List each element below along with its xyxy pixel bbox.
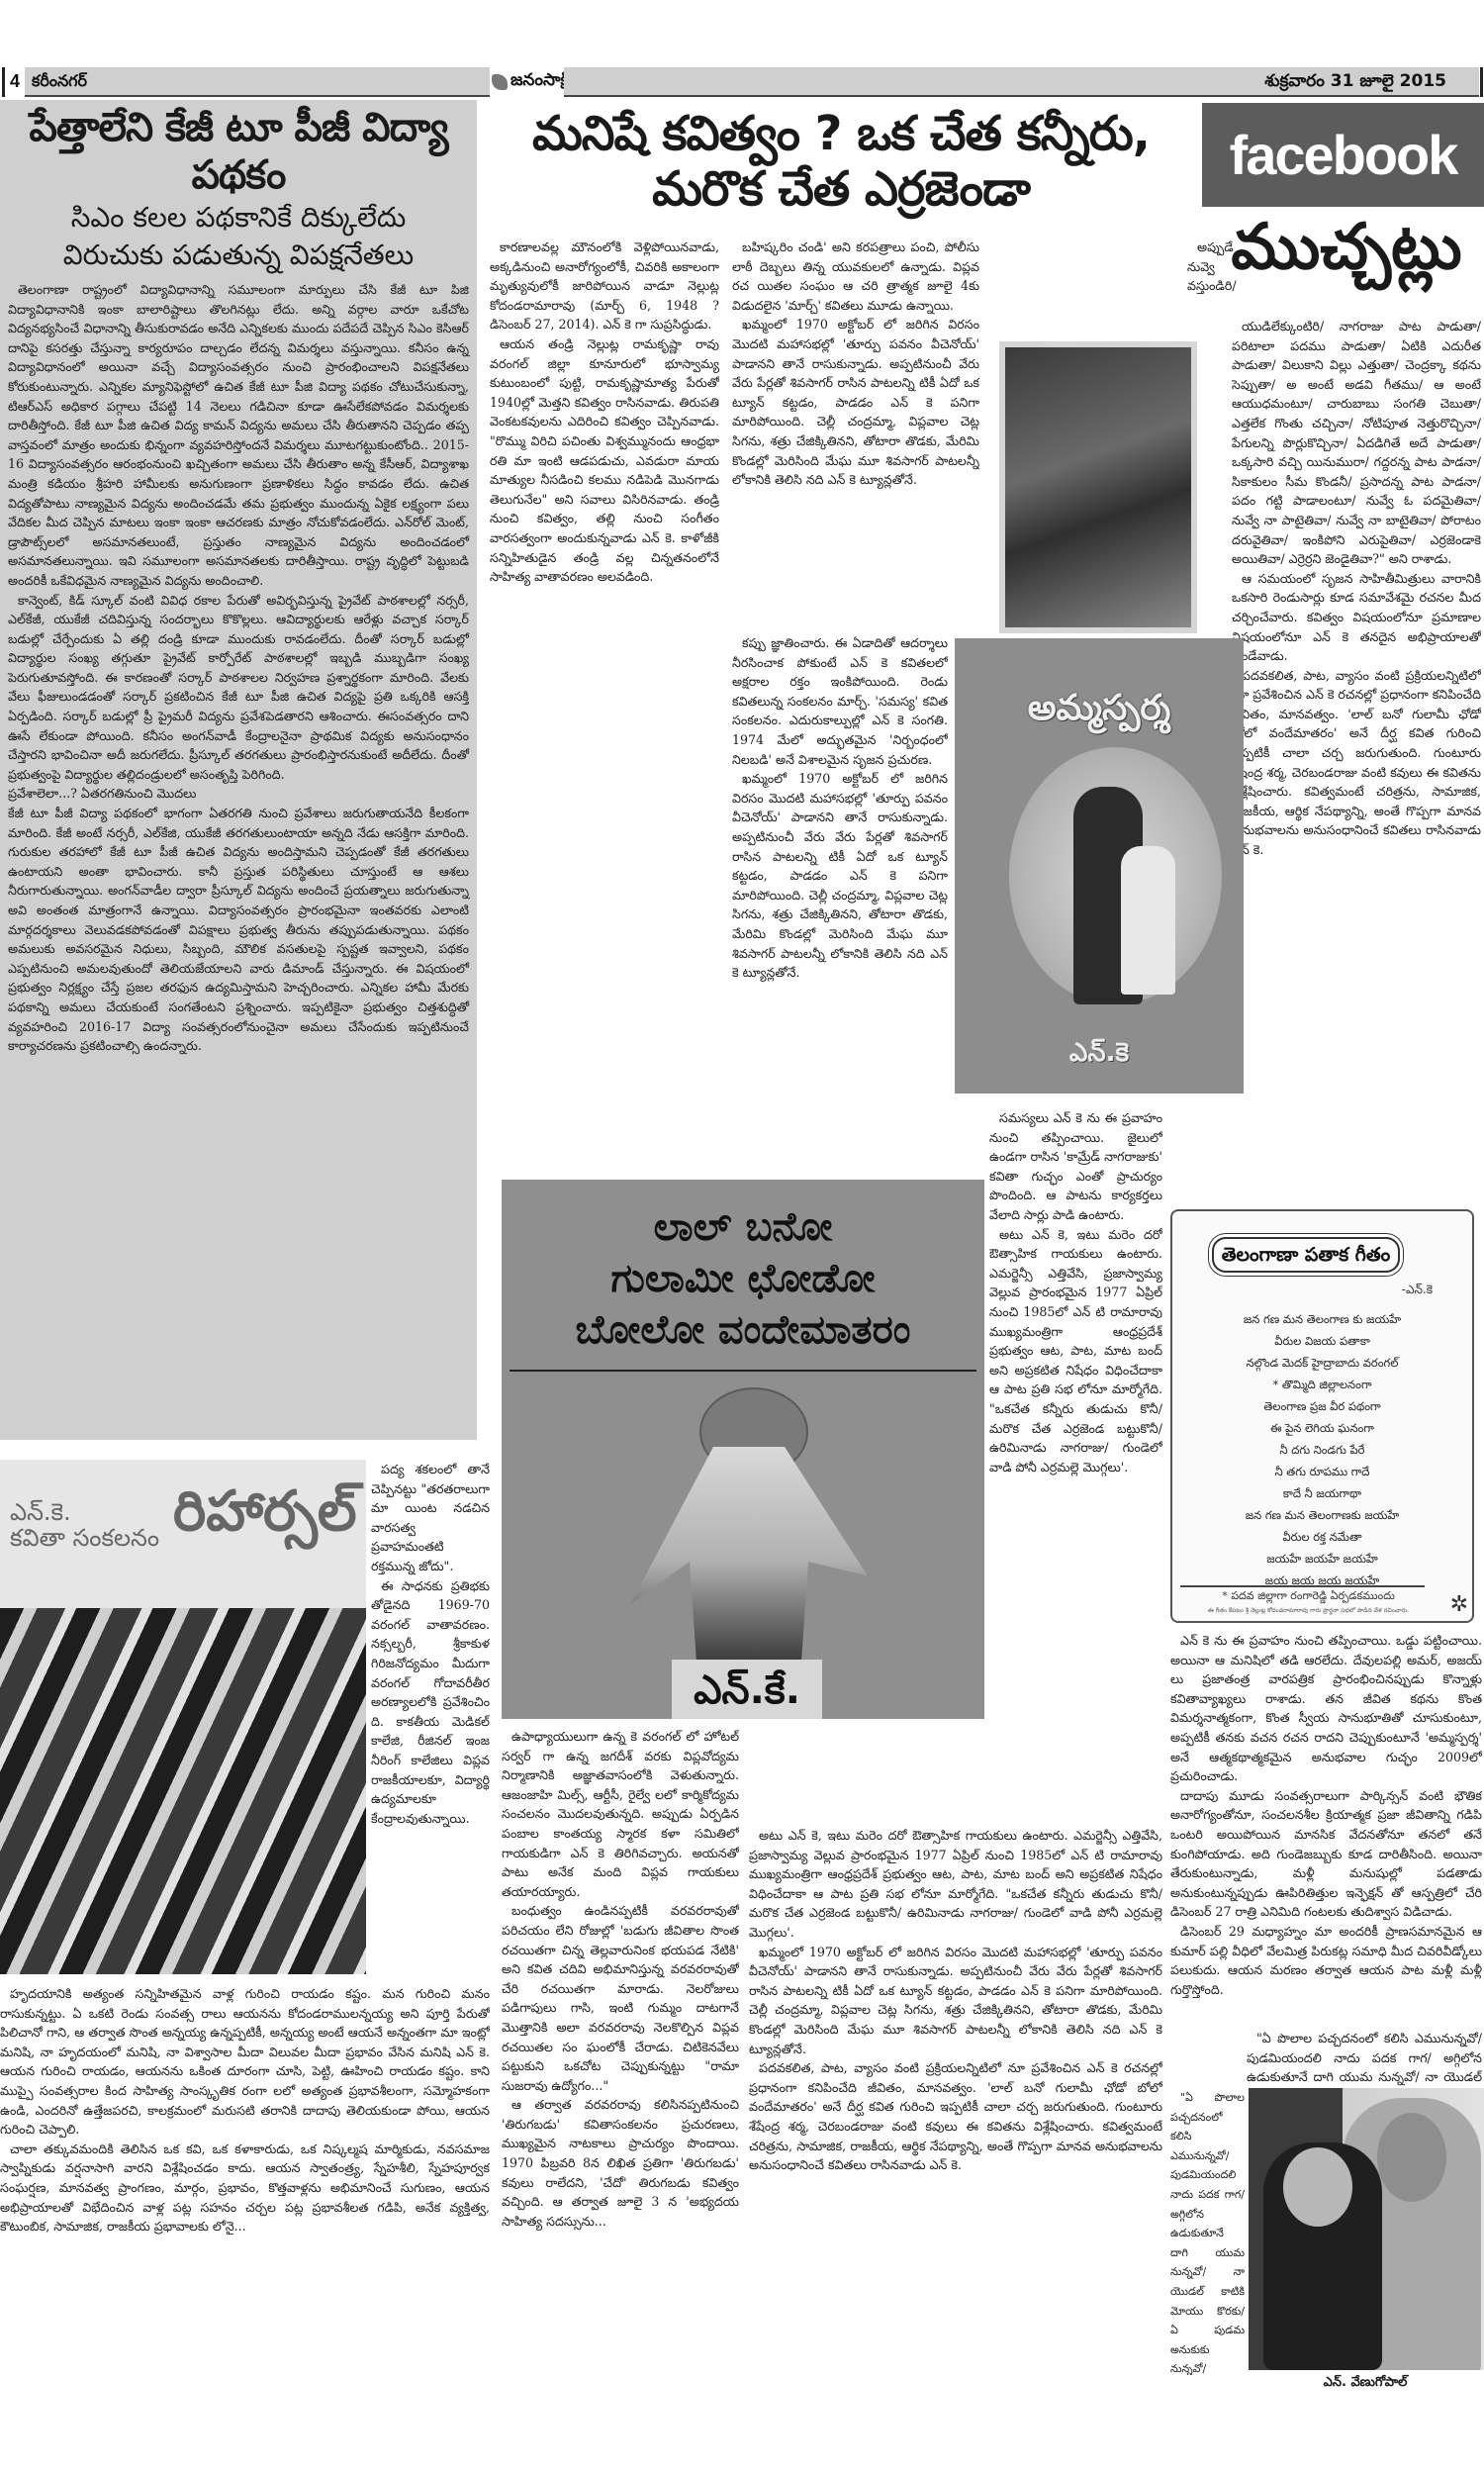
title-line: ಗುಲಾಮೀ ಛೋಡೋ — [502, 1253, 984, 1304]
article-bottom-center-left: ఉపాధ్యాయులుగా ఉన్న కె వరంగల్ లో హోటల్ సర… — [502, 1727, 739, 2469]
paragraph: అటు ఎన్ కె, ఇటు మరెం దరో ఔత్సాహిక గాయకుల… — [749, 1826, 1162, 1943]
lyric-line: నీ తగు రూపము గాదే — [1172, 1461, 1472, 1482]
masthead-right-rule — [1480, 67, 1483, 97]
paragraph: కేజీ టూ పీజీ విద్యా పథకంలో భాగంగా ఏతరగతి… — [8, 804, 469, 1056]
lyric-line: తెలంగాణ ప్రజ వీర పథంగా — [1172, 1395, 1472, 1417]
article-bottom-left: హృదయానికి అత్యంత సన్నిహితమైన వాళ్ల గురిం… — [0, 1984, 490, 2469]
book-author: ఎన్.కె — [955, 1038, 1244, 1074]
subsection-heading: ప్రవేశాలెలా...? ఏతరగతినుంచి మొదలు — [8, 784, 469, 804]
masthead-strip-left — [25, 67, 490, 97]
paragraph: ఆయన తండ్రి నెల్లుట్ల రామకృష్ణా రావు వరంగ… — [490, 334, 719, 587]
paragraph: చాలా తక్కువమందికి తెలిసిన ఒక కవి, ఒక కళా… — [0, 2140, 490, 2236]
facebook-logo-text: facebook — [1230, 123, 1457, 187]
paragraph: కాన్వెంట్, కిడ్ స్కూల్ వంటి వివిధ రకాల ప… — [8, 591, 469, 785]
lal-bano-book-cover: ಲಾಲ್ ಬನೋ ಗುಲಾಮೀ ಛೋಡೋ ಬೋಲೋ ವಂದೇಮಾತರಂ ఎన్.… — [502, 1180, 984, 1719]
paragraph: ఖమ్మంలో 1970 అక్టోబర్ లో జరిగిన విరసం మొ… — [732, 315, 979, 489]
page-number: 4 — [10, 71, 20, 92]
article-column-2-top: బహిష్కరిం చండి' అని కరపత్రాలు పంచి, పోలీ… — [732, 238, 979, 633]
title-line: ಲಾಲ್ ಬನೋ — [502, 1201, 984, 1253]
paragraph: ఖమ్మంలో 1970 అక్టోబర్ లో జరిగిన విరసం మొ… — [732, 769, 948, 983]
paragraph: అప్పుడే నువ్వె వస్తుండిరి/ అయ్యో — [1187, 238, 1256, 297]
telangana-flag-song-box: తెలంగాణా పతాక గీతం -ఎన్.కె జన గణ మన తెలం… — [1170, 1209, 1474, 1623]
story-subheadline: విరుచుకు పడుతున్న విపక్షనేతలు — [8, 237, 469, 274]
paragraph: ఆ సమయంలో సృజన సాహితీమిత్రులు వారానికి ఒక… — [1232, 569, 1481, 666]
book-title: అమ్మస్పర్శ — [955, 688, 1244, 737]
lyric-line: జన గణ మన తెలంగాణ కు జయహే — [1172, 1308, 1472, 1330]
paragraph: పదవకలిత, పాట, వ్యాసం వంటి ప్రక్రియలన్నిట… — [749, 2058, 1162, 2175]
story-subheadline: సిఎం కలల పథకానికే దిక్కులేదు — [8, 199, 469, 237]
photo-caption: ఎన్. వేణుగోపాల్ — [1266, 2375, 1464, 2393]
paragraph: ఎన్ కె ను ఈ ప్రవాహం నుంచి తప్పించాయి. ఒడ… — [1170, 1631, 1482, 1786]
book-author: ఎన్.కె. — [10, 1499, 159, 1525]
divider — [1180, 1585, 1425, 1587]
lyric-line: జయహే జయహే జయహే — [1172, 1548, 1472, 1570]
article-column-right-narrow: సమస్యలు ఎన్ కె ను ఈ ప్రవాహం నుంచి తప్పిం… — [989, 1108, 1162, 1761]
newspaper-name: జనంసాక్షి — [510, 70, 569, 94]
paragraph: పద్య శకలంలో తానే చెప్పినట్టు "తరతరాలుగా … — [371, 1460, 490, 1576]
story-body: తెలంగాణా రాష్ట్రంలో విద్యావిధానాన్ని సమూ… — [8, 280, 469, 1056]
headline-line: మనిషే కవిత్వం ? ఒక చేత కన్నీరు, — [490, 106, 1192, 161]
article-column-narrow: పద్య శకలంలో తానే చెప్పినట్టు "తరతరాలుగా … — [371, 1460, 490, 1979]
lyric-line: * తొమ్మిది జిల్లాలనంగా — [1172, 1374, 1472, 1395]
song-lyrics: జన గణ మన తెలంగాణ కు జయహే వీరుల విజయ పతాక… — [1172, 1308, 1472, 1591]
book-cover-photo-dark — [999, 341, 1197, 633]
rehearsal-book-cover: ఎన్.కె. కవితా సంకలనం రిహార్సల్ — [0, 1460, 366, 1974]
portrait-photo — [1249, 2088, 1484, 2370]
book-title: ಲಾಲ್ ಬನೋ ಗುಲಾಮೀ ಛೋಡೋ ಬೋಲೋ ವಂದೇಮಾತರಂ — [502, 1201, 984, 1356]
book-subtitle: కవితా సంకలనం — [10, 1525, 159, 1551]
book-title: రిహార్సల్ — [173, 1479, 357, 1558]
lyric-line: వీరుల రక్త నమేతా — [1172, 1526, 1472, 1548]
article-column-verse-narrow: "ఏ పొలాల పచ్చదనంలో కలిసి ఎమునున్నవో/పుడమ… — [1170, 2088, 1245, 2375]
paragraph: ఆ తర్వాత వరవరరావు కలిసినప్పటినుంచి 'తిరు… — [502, 2095, 739, 2231]
paragraph: బహిష్కరిం చండి' అని కరపత్రాలు పంచి, పోలీ… — [732, 238, 979, 315]
newspaper-logo: జనంసాక్షి — [492, 70, 569, 94]
lyric-line: జన గణ మన తెలంగాణకు జయహే — [1172, 1504, 1472, 1526]
ornament-icon: ✲ — [1450, 1592, 1468, 1617]
book-author-subtitle: ఎన్.కె. కవితా సంకలనం — [10, 1499, 159, 1551]
book-author: ఎన్.కే. — [672, 1660, 822, 1719]
paragraph: హృదయానికి అత్యంత సన్నిహితమైన వాళ్ల గురిం… — [0, 1984, 490, 2140]
paragraph: ఖమ్మంలో 1970 అక్టోబర్ లో జరిగిన విరసం మొ… — [749, 1943, 1162, 2059]
song-title: తెలంగాణా పతాక గీతం — [1212, 1237, 1400, 1273]
lyric-line: నల్గొండ మెదక్ హైద్రాబాదు వరంగల్ — [1172, 1352, 1472, 1374]
paragraph: డిసెంబర్ 29 మధ్యాహ్నం మా అందరికీ ప్రాణసమ… — [1170, 1922, 1482, 1999]
amma-sparsha-book-cover: అమ్మస్పర్శ ఎన్.కె — [955, 638, 1244, 1094]
paragraph: అటు ఎన్ కె, ఇటు మరెం దరో ఔత్సాహిక గాయకుల… — [989, 1225, 1162, 1477]
lyric-line: నీ దగు నిండగు పేరే — [1172, 1439, 1472, 1461]
divider — [510, 1370, 976, 1372]
paragraph: ఈ సాధనకు ప్రతిభకు తోడైనది 1969-70 వరంగల్… — [371, 1576, 490, 1829]
paragraph: పదవకలిత, పాట, వ్యాసం వంటి ప్రక్రియలన్నిట… — [1232, 666, 1481, 860]
paragraph: ఉపాధ్యాయులుగా ఉన్న కె వరంగల్ లో హోటల్ సర… — [502, 1727, 739, 1901]
article-bottom-center-right: అటు ఎన్ కె, ఇటు మరెం దరో ఔత్సాహిక గాయకుల… — [749, 1826, 1162, 2469]
paragraph: కప్పు జ్ఞాతించారు. ఈ ఏడాదితో ఆదర్శాలు నీ… — [732, 633, 948, 769]
song-footnote: ఈ గీతం కేపటం శ్రీ నెల్లుట్ల కోదండరామారావ… — [1172, 1607, 1444, 1615]
song-author: -ఎన్.కె — [1402, 1283, 1433, 1299]
article-column-2-mid: కప్పు జ్ఞాతించారు. ఈ ఏడాదితో ఆదర్శాలు నీ… — [732, 633, 948, 1168]
masthead: 4 కరీంనగర్ జనంసాక్షి శుక్రవారం 31 జూలై 2… — [0, 67, 1484, 97]
song-note: * పదవ జిల్లాగా రంగారెడ్డి ఏర్పడకముందు — [1172, 1589, 1444, 1605]
facebook-banner: facebook — [1202, 103, 1484, 207]
paragraph: తెలంగాణా రాష్ట్రంలో విద్యావిధానాన్ని సమూ… — [8, 280, 469, 591]
lyric-line: జయ జయ జయ జయహే — [1172, 1570, 1472, 1591]
paragraph: కారణాలవల్ల మౌనంలోకి వెళ్లిపోయినవాడు, అక్… — [490, 238, 719, 334]
man-face — [1377, 2113, 1446, 2202]
issue-date: శుక్రవారం 31 జూలై 2015 — [1264, 71, 1446, 95]
child-figure — [1121, 846, 1175, 995]
story-headline: పేత్తాలేని కేజీ టూ పీజీ విద్యా పథకం — [8, 104, 469, 199]
headline-line: మరొక చేత ఎర్రజెండా — [490, 161, 1192, 217]
paragraph: యుడిలేక్కుంటిరి/ నాగరాజు పాట పాడుతా/ పరి… — [1232, 317, 1481, 569]
paragraph: బంధుత్వం ఉండినప్పటికీ వరవరరావుతో పరిచయం … — [502, 1901, 739, 2095]
paragraph: దాదాపు మూడు సంవత్సరాలుగా పార్కిన్సన్ వంట… — [1170, 1786, 1482, 1922]
main-headline: మనిషే కవిత్వం ? ఒక చేత కన్నీరు, మరొక చేత… — [490, 106, 1192, 217]
paragraph: "ఏ పొలాల పచ్చదనంలో కలిసి ఎమునున్నవో/పుడమ… — [1247, 2029, 1482, 2088]
title-line: ಬೋಲೋ ವಂದೇಮಾತರಂ — [502, 1304, 984, 1356]
article-column-verse: "ఏ పొలాల పచ్చదనంలో కలిసి ఎమునున్నవో/పుడమ… — [1247, 2029, 1482, 2088]
lyric-line: కాదే నీ జయగాథా — [1172, 1482, 1472, 1504]
article-column-3-top: అప్పుడే నువ్వె వస్తుండిరి/ అయ్యో — [1187, 238, 1256, 297]
article-column-right-bottom: ఎన్ కె ను ఈ ప్రవాహం నుంచి తప్పించాయి. ఒడ… — [1170, 1631, 1482, 2027]
article-column-4: యుడిలేక్కుంటిరి/ నాగరాజు పాట పాడుతా/ పరి… — [1232, 317, 1481, 1207]
map-logo-icon — [492, 74, 508, 90]
protest-illustration — [0, 1608, 366, 1974]
kg-to-pg-story-box: పేత్తాలేని కేజీ టూ పీజీ విద్యా పథకం సిఎం… — [0, 100, 477, 1440]
lyric-line: ఈ పైన లెగియ ఘనంగా — [1172, 1417, 1472, 1439]
article-column-1: కారణాలవల్ల మౌనంలోకి వెళ్లిపోయినవాడు, అక్… — [490, 238, 719, 1108]
child-face — [1283, 2147, 1352, 2227]
paragraph: "ఏ పొలాల పచ్చదనంలో కలిసి ఎమునున్నవో/పుడమ… — [1170, 2088, 1245, 2375]
lyric-line: వీరుల విజయ పతాకా — [1172, 1330, 1472, 1352]
section-name: కరీంనగర్ — [32, 71, 87, 94]
masthead-left-rule — [2, 67, 5, 97]
paragraph: సమస్యలు ఎన్ కె ను ఈ ప్రవాహం నుంచి తప్పిం… — [989, 1108, 1162, 1225]
